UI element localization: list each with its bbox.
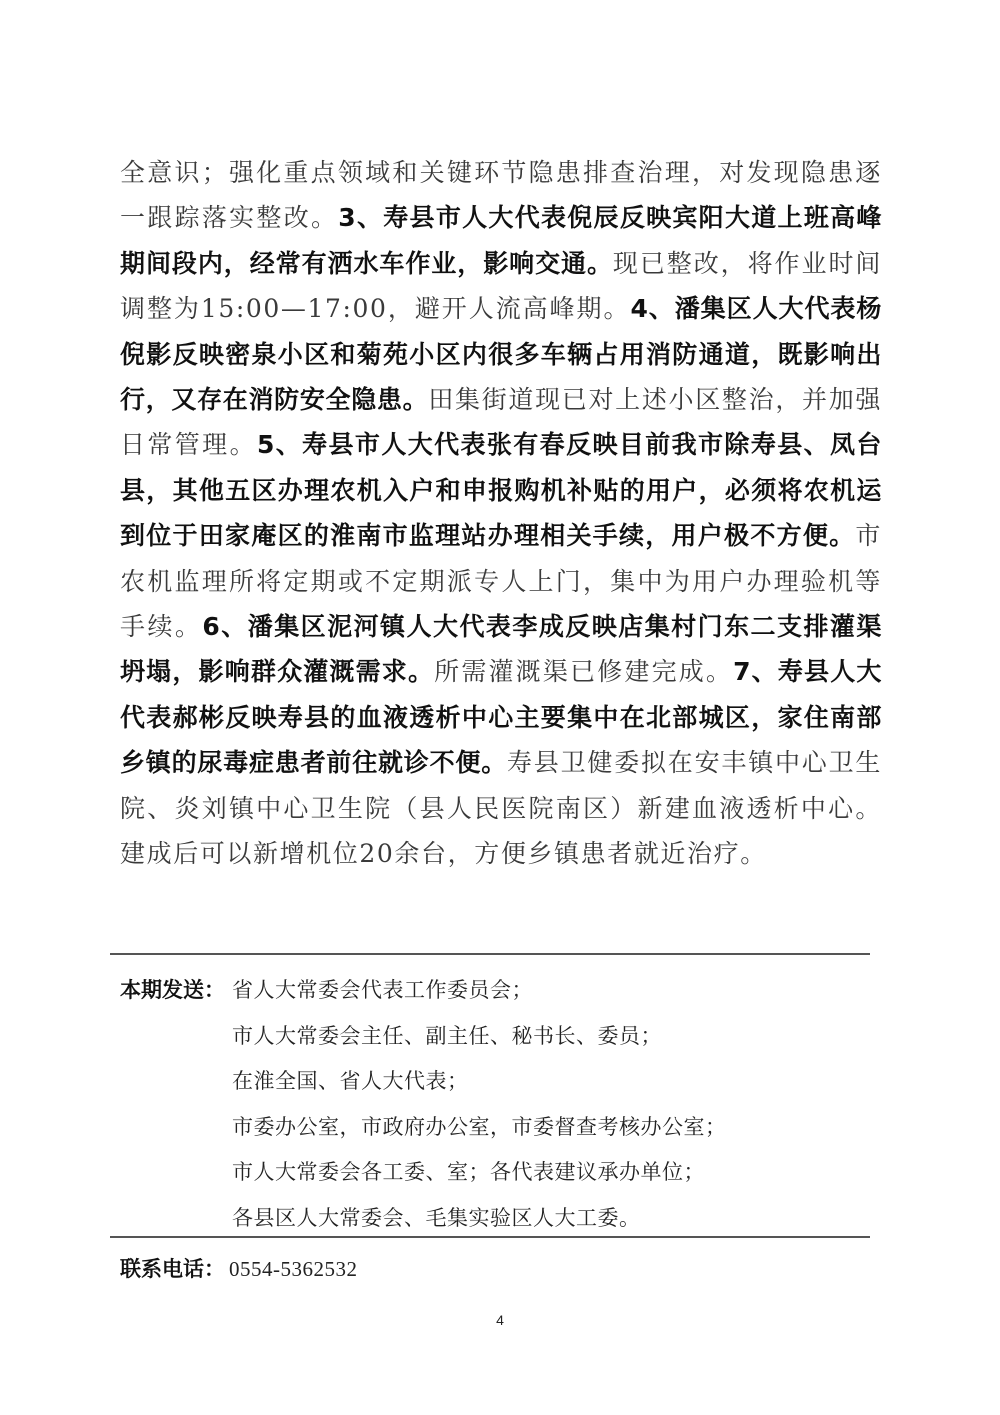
distribution-row: 各县区人大常委会、毛集实验区人大工委。: [120, 1196, 880, 1242]
distribution-item: 市人大常委会各工委、室；各代表建议承办单位；: [232, 1150, 705, 1196]
divider-bottom: [110, 1236, 870, 1238]
distribution-row: 在淮全国、省人大代表；: [120, 1059, 880, 1105]
distribution-label: 本期发送：: [120, 968, 225, 1014]
distribution-item: 在淮全国、省人大代表；: [232, 1059, 469, 1105]
document-page: 全意识；强化重点领域和关键环节隐患排查治理，对发现隐患逐一跟踪落实整改。3、寿县…: [0, 0, 1000, 1415]
distribution-item: 市委办公室，市政府办公室，市委督查考核办公室；: [232, 1105, 727, 1151]
body-text-segment: 所需灌溉渠已修建完成。: [434, 657, 733, 686]
distribution-row: 市人大常委会各工委、室；各代表建议承办单位；: [120, 1150, 880, 1196]
distribution-row: 市人大常委会主任、副主任、秘书长、委员；: [120, 1014, 880, 1060]
distribution-item: 各县区人大常委会、毛集实验区人大工委。: [232, 1196, 641, 1242]
distribution-row: 本期发送： 省人大常委会代表工作委员会；: [120, 968, 880, 1014]
contact-phone: 0554-5362532: [229, 1257, 358, 1281]
distribution-list: 本期发送： 省人大常委会代表工作委员会； 市人大常委会主任、副主任、秘书长、委员…: [120, 968, 880, 1242]
distribution-item: 市人大常委会主任、副主任、秘书长、委员；: [232, 1014, 662, 1060]
body-paragraph: 全意识；强化重点领域和关键环节隐患排查治理，对发现隐患逐一跟踪落实整改。3、寿县…: [120, 150, 882, 877]
distribution-row: 市委办公室，市政府办公室，市委督查考核办公室；: [120, 1105, 880, 1151]
distribution-item: 省人大常委会代表工作委员会；: [232, 968, 533, 1014]
contact-label: 联系电话：: [120, 1257, 225, 1281]
divider-top: [110, 953, 870, 955]
page-number: 4: [0, 1312, 1000, 1328]
contact-line: 联系电话：0554-5362532: [120, 1249, 358, 1289]
